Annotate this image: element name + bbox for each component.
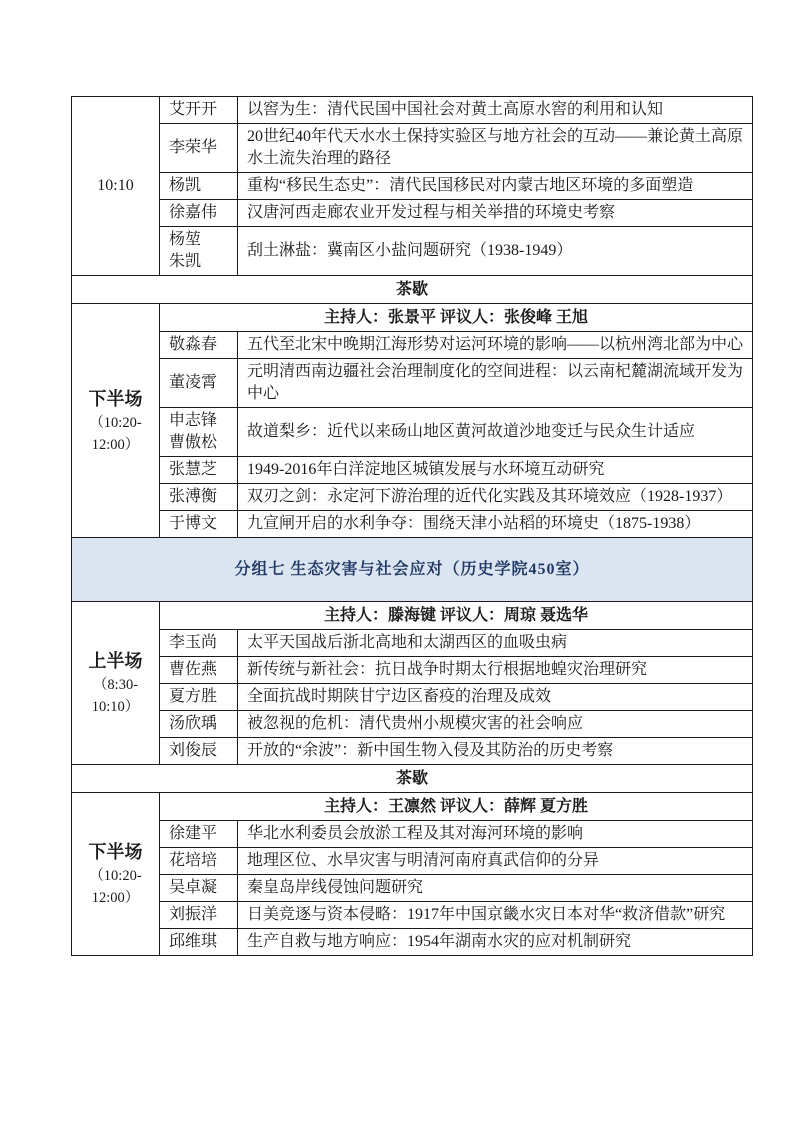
table-row: 下半场 （10:20- 12:00） 主持人：张景平 评议人：张俊峰 王旭 [72,304,753,332]
table-row: 杨凯 重构“移民生态史”：清代民国移民对内蒙古地区环境的多面塑造 [72,173,753,200]
group-banner-row: 分组七 生态灾害与社会应对（历史学院450室） [72,538,753,602]
session-cell: 下半场 （10:20- 12:00） [72,304,160,538]
table-row: 徐建平 华北水利委员会放淤工程及其对海河环境的影响 [72,821,753,848]
session-time: （10:20- [81,865,150,887]
paper-title-cell: 1949-2016年白洋淀地区城镇发展与水环境互动研究 [238,457,753,484]
tea-break-row: 茶歇 [72,276,753,304]
table-row: 花培培 地理区位、水旱灾害与明清河南府真武信仰的分异 [72,848,753,875]
group-title-banner: 分组七 生态灾害与社会应对（历史学院450室） [72,538,753,602]
paper-title-cell: 全面抗战时期陕甘宁边区畜疫的治理及成效 [238,684,753,711]
author-cell: 邱维琪 [160,929,238,956]
author-cell: 艾开开 [160,97,238,124]
paper-title-cell: 日美竞逐与资本侵略：1917年中国京畿水灾日本对华“救济借款”研究 [238,902,753,929]
paper-title-cell: 新传统与新社会：抗日战争时期太行根据地蝗灾治理研究 [238,657,753,684]
author-cell: 李玉尚 [160,630,238,657]
paper-title-cell: 双刃之剑：永定河下游治理的近代化实践及其环境效应（1928-1937） [238,484,753,511]
author-cell: 申志锋 曹傲松 [160,408,238,457]
session-time-cell: 10:10 [72,97,160,276]
session-time: （8:30- [81,674,150,696]
session-time: 12:00） [81,887,150,909]
session-time: 12:00） [81,434,150,456]
session-label: 上半场 [81,648,150,674]
paper-title-cell: 九宣闸开启的水利争夺：围绕天津小站稻的环境史（1875-1938） [238,511,753,538]
table-row: 上半场 （8:30- 10:10） 主持人：滕海键 评议人：周琼 聂选华 [72,602,753,630]
table-row: 敬淼春 五代至北宋中晚期江海形势对运河环境的影响——以杭州湾北部为中心 [72,332,753,359]
session-label: 下半场 [81,839,150,865]
author-cell: 董凌霄 [160,359,238,408]
tea-break-label: 茶歇 [72,765,753,793]
author-cell: 杨堃 朱凯 [160,227,238,276]
host-row: 主持人：王凛然 评议人：薛辉 夏方胜 [160,793,753,821]
author-cell: 夏方胜 [160,684,238,711]
author-cell: 吴卓凝 [160,875,238,902]
session-time: （10:20- [81,412,150,434]
table-row: 汤欣瑀 被忽视的危机：清代贵州小规模灾害的社会响应 [72,711,753,738]
author-cell: 花培培 [160,848,238,875]
author-cell: 徐建平 [160,821,238,848]
paper-title-cell: 五代至北宋中晚期江海形势对运河环境的影响——以杭州湾北部为中心 [238,332,753,359]
paper-title-cell: 秦皇岛岸线侵蚀问题研究 [238,875,753,902]
table-row: 徐嘉伟 汉唐河西走廊农业开发过程与相关举措的环境史考察 [72,200,753,227]
table-row: 曹佐燕 新传统与新社会：抗日战争时期太行根据地蝗灾治理研究 [72,657,753,684]
author-cell: 张溥衡 [160,484,238,511]
table-row: 夏方胜 全面抗战时期陕甘宁边区畜疫的治理及成效 [72,684,753,711]
author-cell: 李荣华 [160,124,238,173]
table-row: 张溥衡 双刃之剑：永定河下游治理的近代化实践及其环境效应（1928-1937） [72,484,753,511]
table-row: 于博文 九宣闸开启的水利争夺：围绕天津小站稻的环境史（1875-1938） [72,511,753,538]
author-cell: 刘振洋 [160,902,238,929]
table-row: 刘俊辰 开放的“余波”：新中国生物入侵及其防治的历史考察 [72,738,753,765]
conference-program-page: 10:10 艾开开 以窖为生：清代民国中国社会对黄土高原水窖的利用和认知 李荣华… [0,0,799,1131]
tea-break-row: 茶歇 [72,765,753,793]
session-label: 下半场 [81,386,150,412]
paper-title-cell: 汉唐河西走廊农业开发过程与相关举措的环境史考察 [238,200,753,227]
paper-title-cell: 故道梨乡：近代以来砀山地区黄河故道沙地变迁与民众生计适应 [238,408,753,457]
table-row: 李荣华 20世纪40年代天水水土保持实验区与地方社会的互动——兼论黄土高原水土流… [72,124,753,173]
paper-title-cell: 地理区位、水旱灾害与明清河南府真武信仰的分异 [238,848,753,875]
table-row: 杨堃 朱凯 刮土淋盐：冀南区小盐问题研究（1938-1949） [72,227,753,276]
author-cell: 刘俊辰 [160,738,238,765]
author-cell: 徐嘉伟 [160,200,238,227]
table-row: 刘振洋 日美竞逐与资本侵略：1917年中国京畿水灾日本对华“救济借款”研究 [72,902,753,929]
table-row: 董凌霄 元明清西南边疆社会治理制度化的空间进程：以云南杞麓湖流域开发为中心 [72,359,753,408]
paper-title-cell: 生产自救与地方响应：1954年湖南水灾的应对机制研究 [238,929,753,956]
paper-title-cell: 被忽视的危机：清代贵州小规模灾害的社会响应 [238,711,753,738]
author-cell: 曹佐燕 [160,657,238,684]
session-cell: 下半场 （10:20- 12:00） [72,793,160,956]
paper-title-cell: 华北水利委员会放淤工程及其对海河环境的影响 [238,821,753,848]
author-cell: 杨凯 [160,173,238,200]
session-time: 10:10） [81,696,150,718]
session-cell: 上半场 （8:30- 10:10） [72,602,160,765]
paper-title-cell: 重构“移民生态史”：清代民国移民对内蒙古地区环境的多面塑造 [238,173,753,200]
table-row: 李玉尚 太平天国战后浙北高地和太湖西区的血吸虫病 [72,630,753,657]
author-cell: 张慧芝 [160,457,238,484]
paper-title-cell: 刮土淋盐：冀南区小盐问题研究（1938-1949） [238,227,753,276]
paper-title-cell: 太平天国战后浙北高地和太湖西区的血吸虫病 [238,630,753,657]
table-row: 邱维琪 生产自救与地方响应：1954年湖南水灾的应对机制研究 [72,929,753,956]
paper-title-cell: 20世纪40年代天水水土保持实验区与地方社会的互动——兼论黄土高原水土流失治理的… [238,124,753,173]
paper-title-cell: 以窖为生：清代民国中国社会对黄土高原水窖的利用和认知 [238,97,753,124]
host-row: 主持人：滕海键 评议人：周琼 聂选华 [160,602,753,630]
table-row: 申志锋 曹傲松 故道梨乡：近代以来砀山地区黄河故道沙地变迁与民众生计适应 [72,408,753,457]
schedule-table: 10:10 艾开开 以窖为生：清代民国中国社会对黄土高原水窖的利用和认知 李荣华… [71,96,753,956]
author-cell: 汤欣瑀 [160,711,238,738]
author-cell: 敬淼春 [160,332,238,359]
paper-title-cell: 元明清西南边疆社会治理制度化的空间进程：以云南杞麓湖流域开发为中心 [238,359,753,408]
paper-title-cell: 开放的“余波”：新中国生物入侵及其防治的历史考察 [238,738,753,765]
tea-break-label: 茶歇 [72,276,753,304]
table-row: 吴卓凝 秦皇岛岸线侵蚀问题研究 [72,875,753,902]
table-row: 下半场 （10:20- 12:00） 主持人：王凛然 评议人：薛辉 夏方胜 [72,793,753,821]
host-row: 主持人：张景平 评议人：张俊峰 王旭 [160,304,753,332]
author-cell: 于博文 [160,511,238,538]
table-row: 张慧芝 1949-2016年白洋淀地区城镇发展与水环境互动研究 [72,457,753,484]
table-row: 10:10 艾开开 以窖为生：清代民国中国社会对黄土高原水窖的利用和认知 [72,97,753,124]
